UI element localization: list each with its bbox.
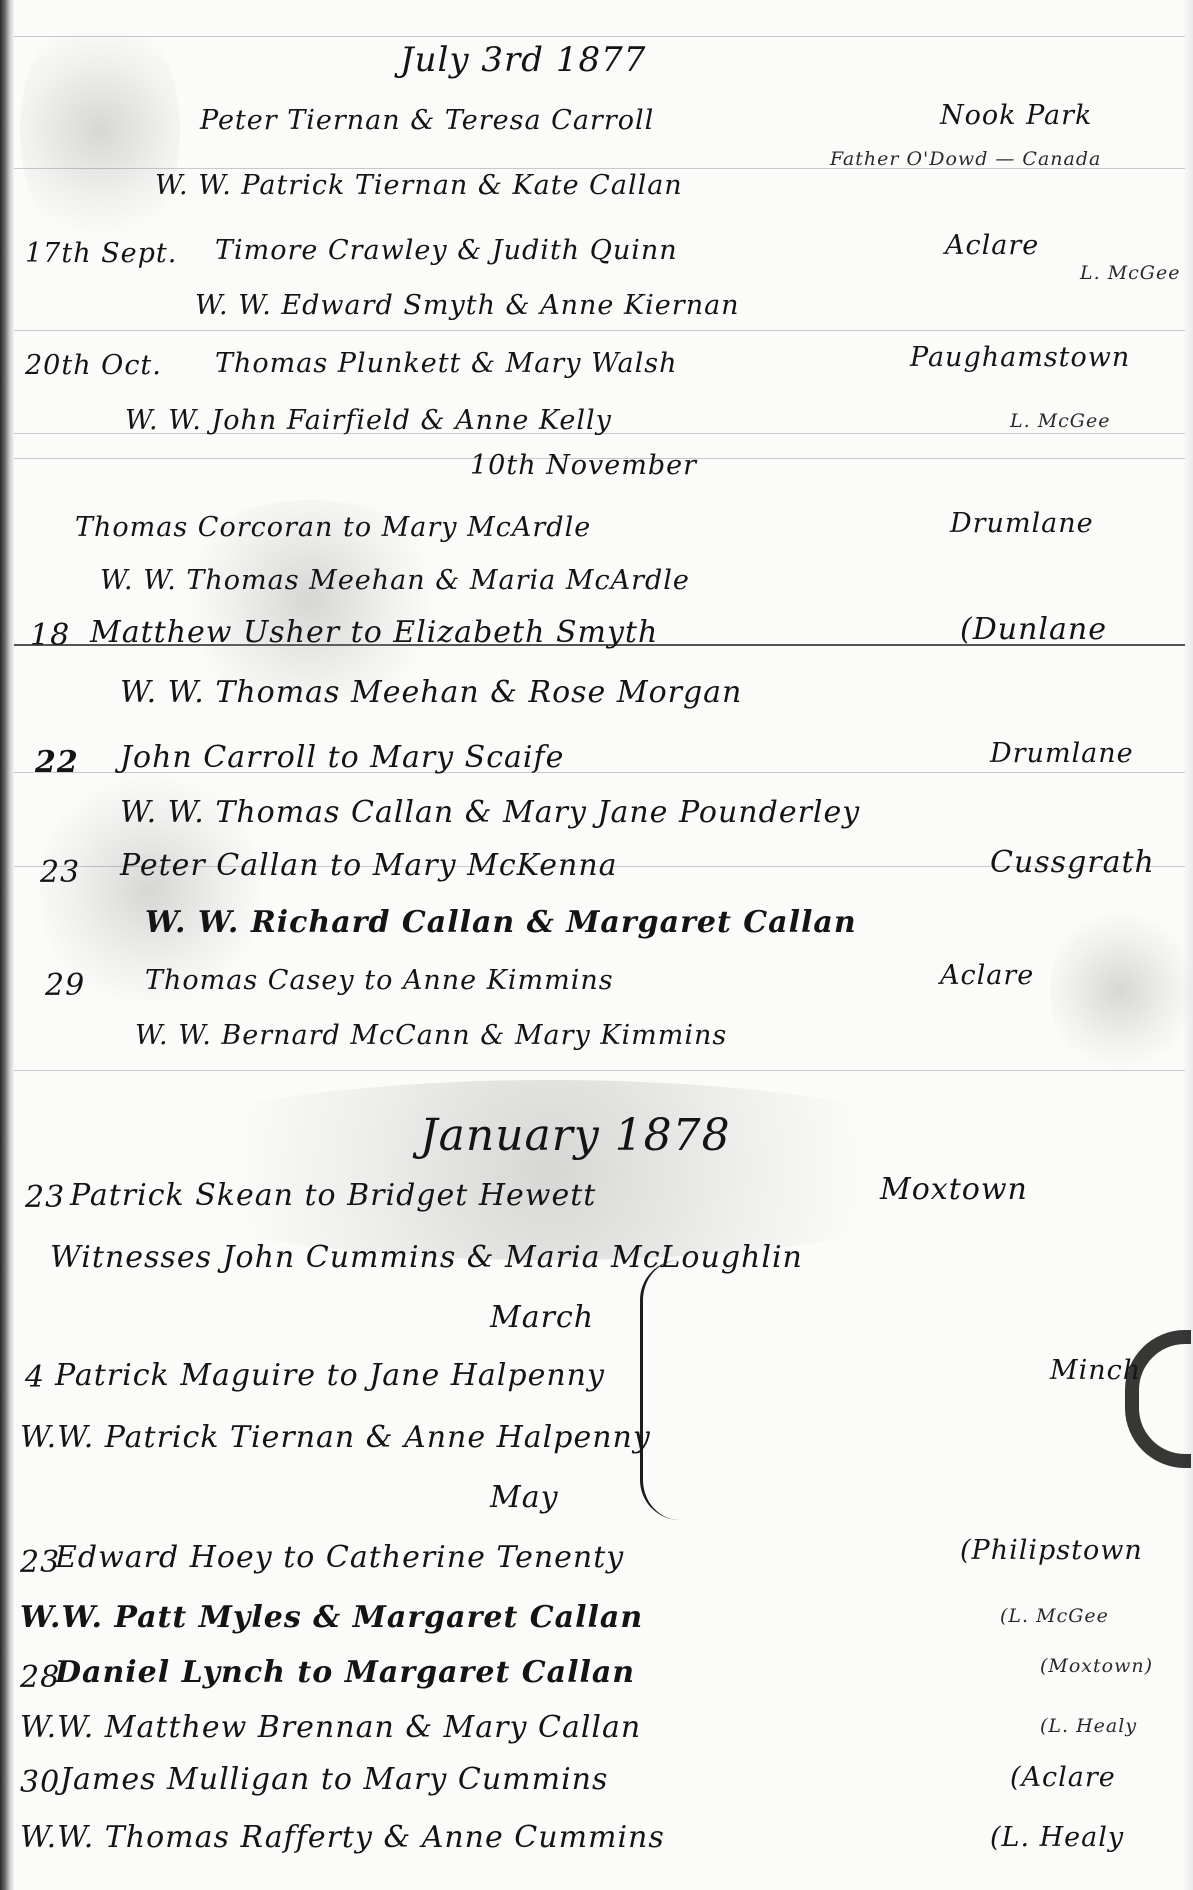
entry-day: 17th Sept. [25,238,177,269]
entry-note: L. McGee [1010,410,1110,432]
entry-townland: Cussgrath [990,845,1155,880]
entry-witnesses: W.W. Patrick Tiernan & Anne Halpenny [20,1420,651,1455]
section-heading: 10th November [470,450,697,481]
entry-note: (L. Healy [1040,1715,1137,1737]
entry-couple: Thomas Casey to Anne Kimmins [145,965,614,996]
ink-curve-mark [640,1260,683,1520]
entry-day: 20th Oct. [25,350,162,381]
entry-townland: Drumlane [950,508,1094,539]
entry-couple: Patrick Skean to Bridget Hewett [70,1178,596,1213]
entry-townland: (Moxtown) [1040,1655,1153,1677]
entry-townland: Nook Park [940,100,1092,131]
ink-blot [1125,1330,1191,1468]
entry-day: 22 [35,745,79,780]
entry-couple: Thomas Corcoran to Mary McArdle [75,512,591,543]
entry-witnesses: W. W. Patrick Tiernan & Kate Callan [155,170,683,201]
entry-townland: Moxtown [880,1172,1028,1207]
entry-couple: Patrick Maguire to Jane Halpenny [55,1358,605,1393]
entry-townland: Paughamstown [910,342,1130,373]
paper-stain [100,1080,1000,1260]
entry-day: 23 [40,855,80,890]
entry-couple: Peter Tiernan & Teresa Carroll [200,105,654,136]
entry-note: Father O'Dowd — Canada [830,148,1101,170]
entry-townland: Drumlane [990,738,1134,769]
entry-day: 29 [45,968,85,1003]
section-heading: July 3rd 1877 [400,40,646,80]
entry-couple: Daniel Lynch to Margaret Callan [55,1655,635,1690]
register-page: July 3rd 1877 Peter Tiernan & Teresa Car… [0,0,1193,1890]
paper-stain [20,0,180,260]
section-heading: May [490,1480,559,1515]
entry-day: 4 [25,1360,45,1395]
entry-witnesses: W. W. Thomas Callan & Mary Jane Pounderl… [120,795,860,830]
entry-day: 23 [25,1180,65,1215]
entry-day: 30 [20,1765,60,1800]
entry-witnesses: W. W. Edward Smyth & Anne Kiernan [195,290,740,321]
ruled-line [14,1070,1185,1071]
ruled-line [14,330,1185,331]
entry-witnesses: W. W. Thomas Meehan & Rose Morgan [120,675,742,710]
entry-couple: Edward Hoey to Catherine Tenenty [55,1540,624,1575]
entry-couple: Thomas Plunkett & Mary Walsh [215,348,677,379]
entry-witnesses: W. W. Thomas Meehan & Maria McArdle [100,565,690,596]
entry-witnesses: W.W. Thomas Rafferty & Anne Cummins [20,1820,665,1855]
entry-note: (L. Healy [990,1822,1124,1853]
entry-couple: Peter Callan to Mary McKenna [120,848,618,883]
entry-witnesses: W. W. Richard Callan & Margaret Callan [145,905,857,940]
ruled-line [14,36,1185,37]
page-binding-edge [0,0,14,1890]
paper-stain [1050,900,1190,1080]
section-heading: March [490,1300,594,1335]
entry-townland: Aclare [940,960,1034,991]
entry-townland: (Dunlane [960,612,1107,647]
entry-couple: James Mulligan to Mary Cummins [60,1762,608,1797]
entry-note: (L. McGee [1000,1605,1109,1627]
entry-couple: Timore Crawley & Judith Quinn [215,235,678,266]
entry-townland: (Aclare [1010,1762,1116,1793]
section-heading: January 1878 [420,1110,731,1161]
entry-townland: Aclare [945,230,1039,261]
entry-couple: John Carroll to Mary Scaife [120,740,564,775]
entry-day: 18 [30,618,70,653]
entry-witnesses: W. W. Bernard McCann & Mary Kimmins [135,1020,727,1051]
page-right-edge [1183,0,1193,1890]
entry-couple: Matthew Usher to Elizabeth Smyth [90,615,658,650]
entry-witnesses: Witnesses John Cummins & Maria McLoughli… [50,1240,803,1275]
entry-witnesses: W. W. John Fairfield & Anne Kelly [125,405,612,436]
entry-note: L. McGee [1080,262,1180,284]
entry-townland: (Philipstown [960,1535,1143,1566]
entry-witnesses: W.W. Patt Myles & Margaret Callan [20,1600,643,1635]
entry-witnesses: W.W. Matthew Brennan & Mary Callan [20,1710,641,1745]
